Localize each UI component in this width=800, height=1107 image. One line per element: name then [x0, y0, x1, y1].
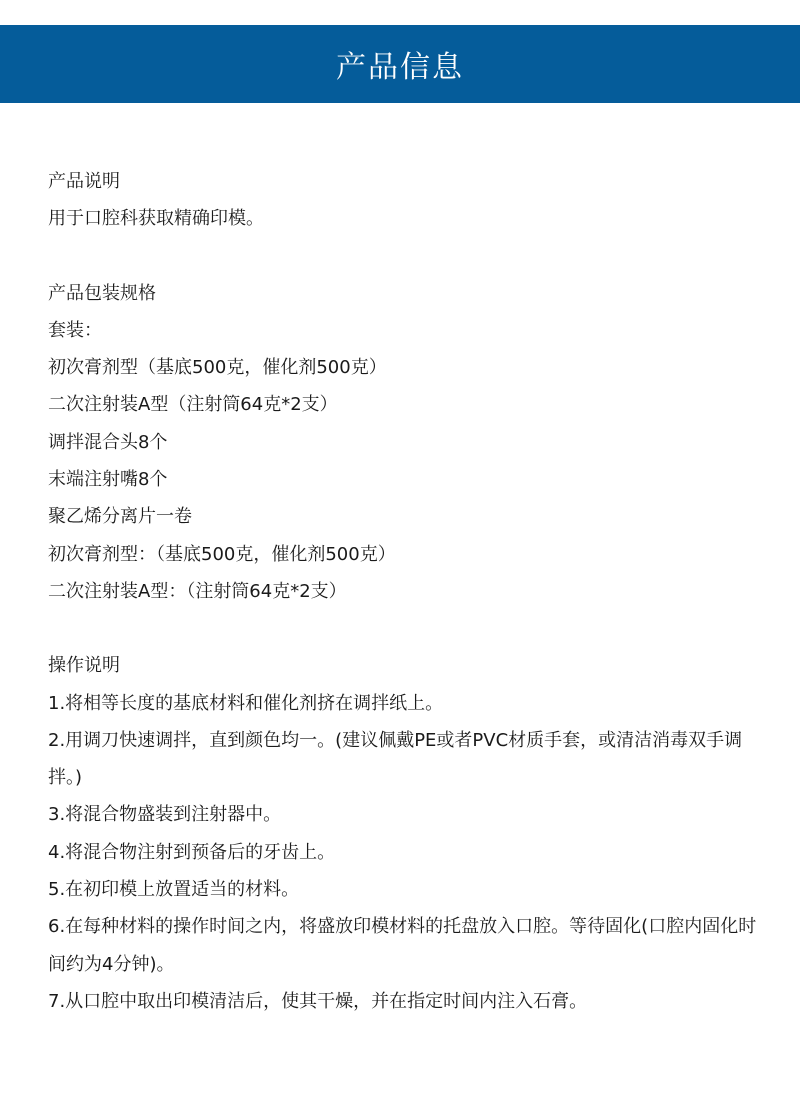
- content-body: 产品说明 用于口腔科获取精确印模。 产品包装规格 套装： 初次膏剂型（基底500…: [48, 163, 760, 1020]
- section-instructions: 操作说明 1.将相等长度的基底材料和催化剂挤在调拌纸上。 2.用调刀快速调拌，直…: [48, 647, 760, 1020]
- section-heading: 产品说明: [48, 163, 760, 200]
- instruction-step: 5.在初印模上放置适当的材料。: [48, 871, 760, 908]
- packaging-line: 末端注射嘴8个: [48, 461, 760, 498]
- page-title: 产品信息: [336, 42, 464, 86]
- section-packaging-spec: 产品包装规格 套装： 初次膏剂型（基底500克，催化剂500克） 二次注射装A型…: [48, 275, 760, 611]
- packaging-line: 初次膏剂型（基底500克，催化剂500克）: [48, 349, 760, 386]
- section-product-description: 产品说明 用于口腔科获取精确印模。: [48, 163, 760, 238]
- section-heading: 产品包装规格: [48, 275, 760, 312]
- description-text: 用于口腔科获取精确印模。: [48, 200, 760, 237]
- instruction-step: 6.在每种材料的操作时间之内，将盛放印模材料的托盘放入口腔。等待固化(口腔内固化…: [48, 908, 760, 983]
- header-bar: 产品信息: [0, 25, 800, 103]
- packaging-line: 套装：: [48, 312, 760, 349]
- instruction-step: 1.将相等长度的基底材料和催化剂挤在调拌纸上。: [48, 685, 760, 722]
- section-heading: 操作说明: [48, 647, 760, 684]
- packaging-line: 初次膏剂型：（基底500克，催化剂500克）: [48, 536, 760, 573]
- instruction-step: 4.将混合物注射到预备后的牙齿上。: [48, 834, 760, 871]
- instruction-step: 7.从口腔中取出印模清洁后，使其干燥，并在指定时间内注入石膏。: [48, 983, 760, 1020]
- instruction-step: 3.将混合物盛装到注射器中。: [48, 796, 760, 833]
- instruction-step: 2.用调刀快速调拌，直到颜色均一。(建议佩戴PE或者PVC材质手套，或清洁消毒双…: [48, 722, 760, 797]
- packaging-line: 二次注射装A型：（注射筒64克*2支）: [48, 573, 760, 610]
- packaging-line: 聚乙烯分离片一卷: [48, 498, 760, 535]
- packaging-line: 二次注射装A型（注射筒64克*2支）: [48, 386, 760, 423]
- packaging-line: 调拌混合头8个: [48, 424, 760, 461]
